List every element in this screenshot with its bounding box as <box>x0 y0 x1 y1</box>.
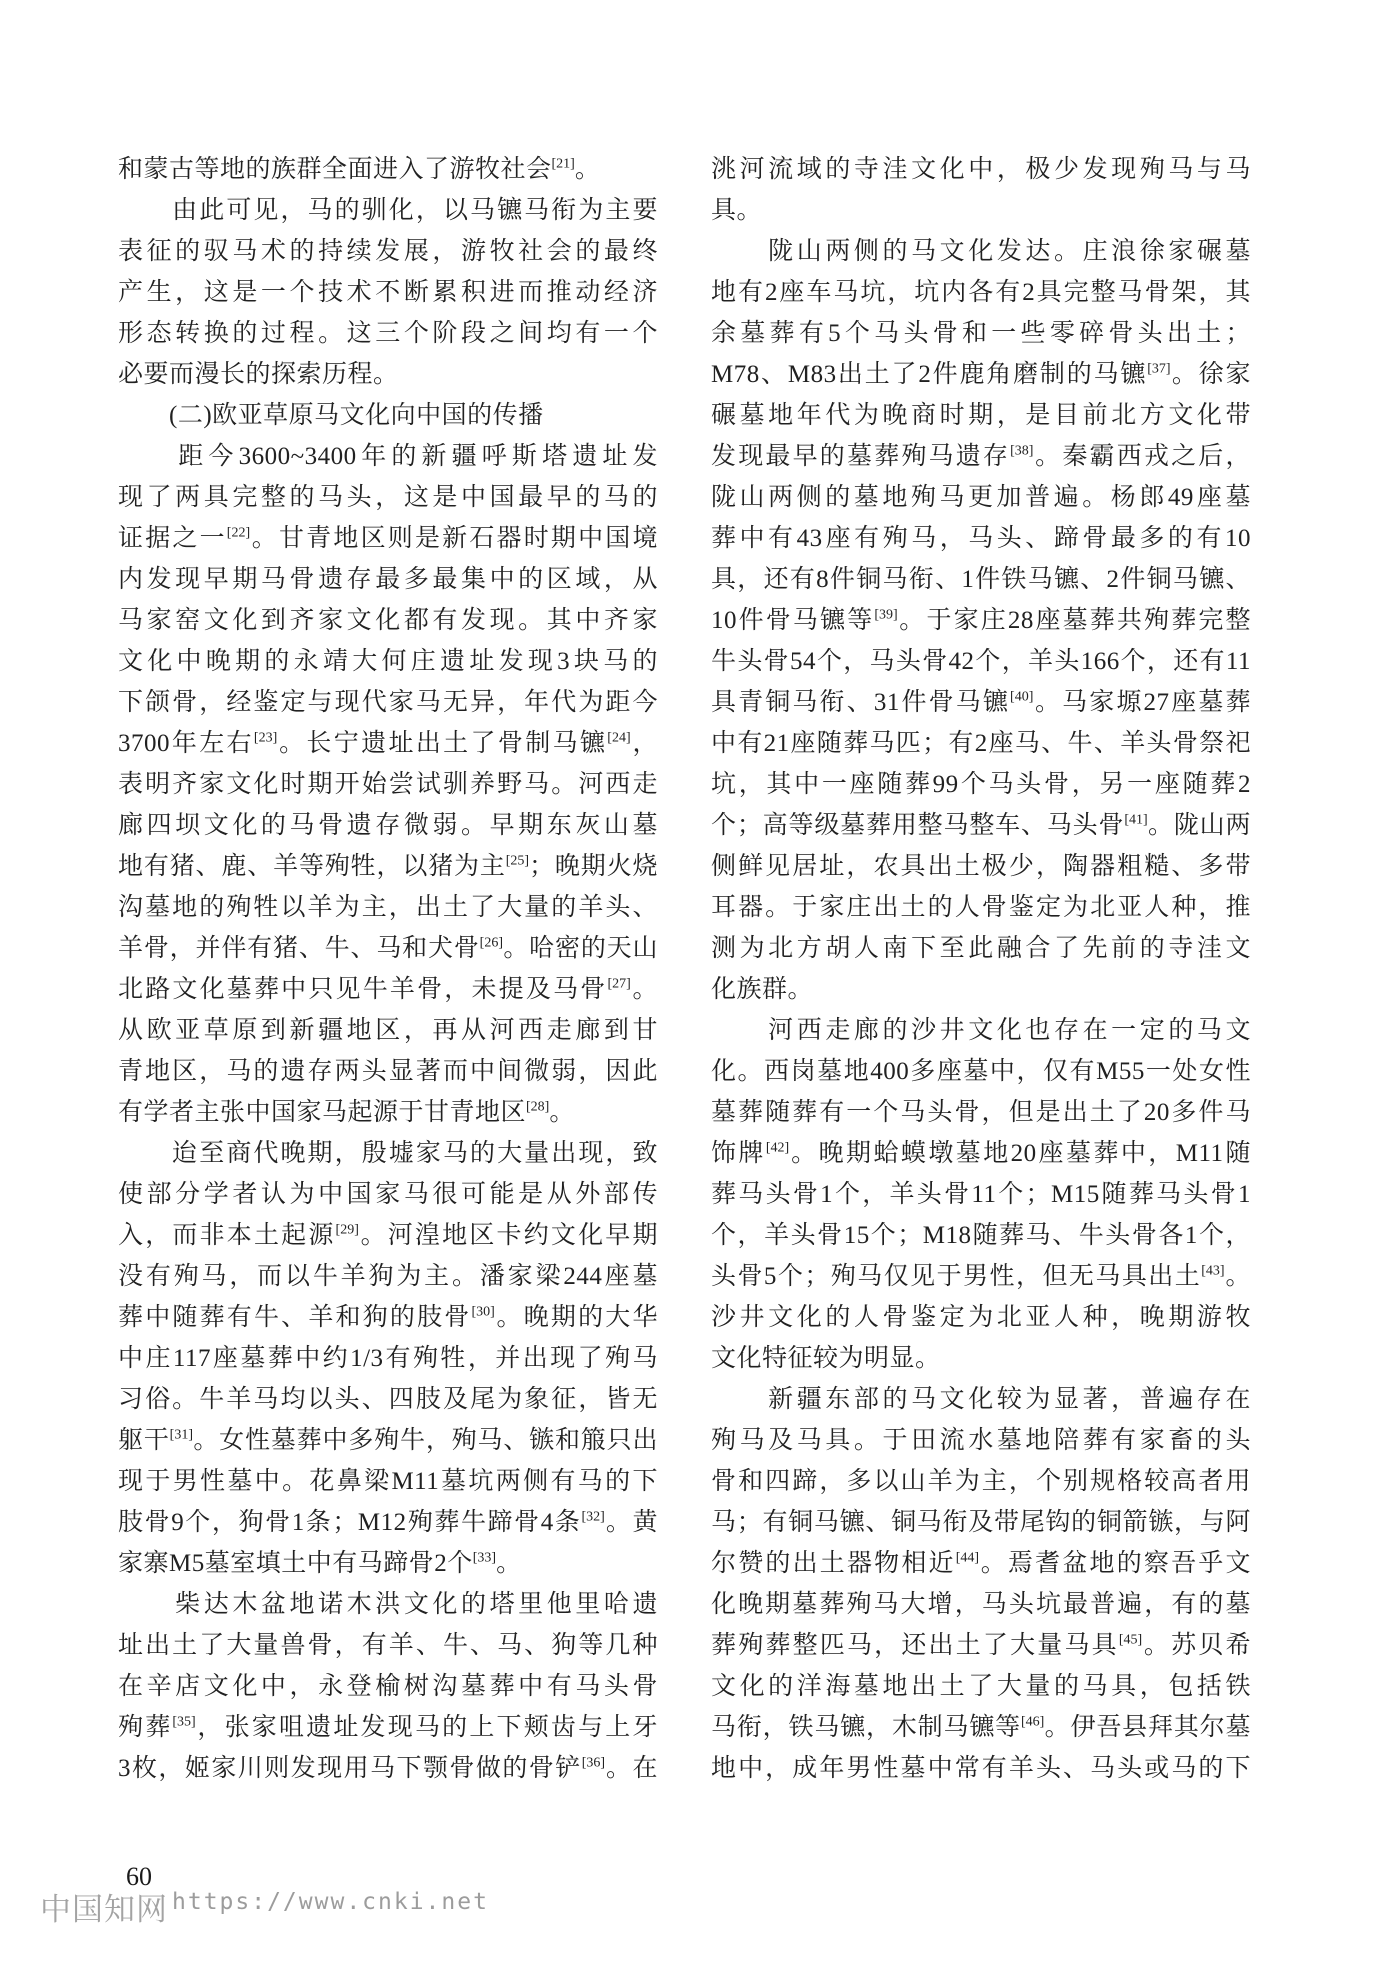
text-line: 羊骨，并伴有猪、牛、马和犬骨[26]。哈密的天山 <box>118 928 658 969</box>
text-line: 具青铜马衔、31件骨马镳[40]。马家塬27座墓葬 <box>711 682 1251 723</box>
text-line: 葬中有43座有殉马，马头、蹄骨最多的有10 <box>711 518 1251 559</box>
text-line: 廊四坝文化的马骨遗存微弱。早期东灰山墓 <box>118 805 658 846</box>
footnote-ref: [21] <box>552 157 575 172</box>
journal-page: 和蒙古等地的族群全面进入了游牧社会[21]。 由此可见，马的驯化，以马镳马衔为主… <box>0 0 1399 1965</box>
text-line: 内发现早期马骨遗存最多最集中的区域，从 <box>118 559 658 600</box>
text-line: 在辛店文化中，永登榆树沟墓葬中有马头骨 <box>118 1666 658 1707</box>
text-line: 葬中随葬有牛、羊和狗的肢骨[30]。晚期的大华 <box>118 1297 658 1338</box>
footnote-ref: [24] <box>607 731 630 746</box>
text-line: 测为北方胡人南下至此融合了先前的寺洼文 <box>711 928 1251 969</box>
text-line: 躯干[31]。女性墓葬中多殉牛，殉马、镞和箙只出 <box>118 1420 658 1461</box>
text-line: 个，羊头骨15个；M18随葬马、牛头骨各1个，羊 <box>711 1215 1251 1256</box>
footnote-ref: [36] <box>582 1756 605 1771</box>
text-line: 坑，其中一座随葬99个马头骨，另一座随葬2 <box>711 764 1251 805</box>
text-line: 北路文化墓葬中只见牛羊骨，未提及马骨[27]。 <box>118 969 658 1010</box>
text-line: 有学者主张中国家马起源于甘青地区[28]。 <box>118 1092 658 1133</box>
text-line: 具，还有8件铜马衔、1件铁马镳、2件铜马镳、 <box>711 559 1251 600</box>
text-line: 个；高等级墓葬用整马整车、马头骨[41]。陇山两 <box>711 805 1251 846</box>
footnote-ref: [38] <box>1010 444 1033 459</box>
footnote-ref: [26] <box>480 936 503 951</box>
text-line: 沙井文化的人骨鉴定为北亚人种，晚期游牧 <box>711 1297 1251 1338</box>
text-line: 证据之一[22]。甘青地区则是新石器时期中国境 <box>118 518 658 559</box>
text-line: 文化的洋海墓地出土了大量的马具，包括铁 <box>711 1666 1251 1707</box>
text-line: 现了两具完整的马头，这是中国最早的马的 <box>118 477 658 518</box>
footnote-ref: [22] <box>227 526 250 541</box>
text-line: M78、M83出土了2件鹿角磨制的马镳[37]。徐家 <box>711 354 1251 395</box>
footnote-ref: [30] <box>472 1305 495 1320</box>
footnote-ref: [40] <box>1010 690 1033 705</box>
text-line: (二)欧亚草原马文化向中国的传播 <box>118 395 658 436</box>
text-line: 马；有铜马镳、铜马衔及带尾钩的铜箭镞，与阿 <box>711 1502 1251 1543</box>
text-line: 沟墓地的殉牲以羊为主，出土了大量的羊头、 <box>118 887 658 928</box>
text-line: 从欧亚草原到新疆地区，再从河西走廊到甘 <box>118 1010 658 1051</box>
text-line: 距今3600~3400年的新疆呼斯塔遗址发 <box>118 436 658 477</box>
text-line: 产生，这是一个技术不断累积进而推动经济 <box>118 272 658 313</box>
text-line: 发现最早的墓葬殉马遗存[38]。秦霸西戎之后， <box>711 436 1251 477</box>
text-line: 表征的驭马术的持续发展，游牧社会的最终 <box>118 231 658 272</box>
text-line: 青地区，马的遗存两头显著而中间微弱，因此 <box>118 1051 658 1092</box>
text-line: 地中，成年男性墓中常有羊头、马头或马的下 <box>711 1748 1251 1789</box>
text-line: 由此可见，马的驯化，以马镳马衔为主要 <box>118 190 658 231</box>
text-line: 殉马及马具。于田流水墓地陪葬有家畜的头 <box>711 1420 1251 1461</box>
text-line: 文化中晚期的永靖大何庄遗址发现3块马的 <box>118 641 658 682</box>
footnote-ref: [25] <box>506 854 529 869</box>
text-line: 尔赞的出土器物相近[44]。焉耆盆地的察吾乎文 <box>711 1543 1251 1584</box>
text-line: 陇山两侧的马文化发达。庄浪徐家碾墓 <box>711 231 1251 272</box>
text-line: 使部分学者认为中国家马很可能是从外部传 <box>118 1174 658 1215</box>
text-line: 址出土了大量兽骨，有羊、牛、马、狗等几种[34]。 <box>118 1625 658 1666</box>
footnote-ref: [32] <box>581 1510 604 1525</box>
left-text-column: 和蒙古等地的族群全面进入了游牧社会[21]。 由此可见，马的驯化，以马镳马衔为主… <box>118 149 658 1789</box>
text-line: 殉葬[35]，张家咀遗址发现马的上下颊齿与上牙 <box>118 1707 658 1748</box>
text-line: 3700年左右[23]。长宁遗址出土了骨制马镳[24]， <box>118 723 658 764</box>
text-line: 洮河流域的寺洼文化中，极少发现殉马与马 <box>711 149 1251 190</box>
text-line: 肢骨9个，狗骨1条；M12殉葬牛蹄骨4条[32]。黄 <box>118 1502 658 1543</box>
text-line: 下颌骨，经鉴定与现代家马无异，年代为距今 <box>118 682 658 723</box>
cnki-watermark-logo: 中国知网 <box>40 1884 168 1929</box>
text-line: 地有猪、鹿、羊等殉牲，以猪为主[25]；晚期火烧 <box>118 846 658 887</box>
text-line: 习俗。牛羊马均以头、四肢及尾为象征，皆无 <box>118 1379 658 1420</box>
text-line: 马家窑文化到齐家文化都有发现。其中齐家 <box>118 600 658 641</box>
text-line: 文化特征较为明显。 <box>711 1338 1251 1379</box>
text-line: 头骨5个；殉马仅见于男性，但无马具出土[43]。 <box>711 1256 1251 1297</box>
footnote-ref: [37] <box>1147 362 1170 377</box>
footnote-ref: [44] <box>956 1551 979 1566</box>
footnote-ref: [31] <box>170 1428 193 1443</box>
text-line: 耳器。于家庄出土的人骨鉴定为北亚人种，推 <box>711 887 1251 928</box>
text-line: 家寨M5墓室填土中有马蹄骨2个[33]。 <box>118 1543 658 1584</box>
cnki-watermark-url: https://www.cnki.net <box>172 1889 489 1915</box>
text-line: 和蒙古等地的族群全面进入了游牧社会[21]。 <box>118 149 658 190</box>
text-line: 葬殉葬整匹马，还出土了大量马具[45]。苏贝希 <box>711 1625 1251 1666</box>
text-line: 骨和四蹄，多以山羊为主，个别规格较高者用 <box>711 1461 1251 1502</box>
text-line: 化。西岗墓地400多座墓中，仅有M55一处女性 <box>711 1051 1251 1092</box>
text-line: 墓葬随葬有一个马头骨，但是出土了20多件马 <box>711 1092 1251 1133</box>
footnote-ref: [43] <box>1201 1264 1224 1279</box>
text-line: 地有2座车马坑，坑内各有2具完整马骨架，其 <box>711 272 1251 313</box>
text-line: 葬马头骨1个，羊头骨11个；M15随葬马头骨1 <box>711 1174 1251 1215</box>
footnote-ref: [41] <box>1124 813 1147 828</box>
text-line: 入，而非本土起源[29]。河湟地区卡约文化早期 <box>118 1215 658 1256</box>
text-line: 饰牌[42]。晚期蛤蟆墩墓地20座墓葬中，M11随 <box>711 1133 1251 1174</box>
text-line: 迨至商代晚期，殷墟家马的大量出现，致 <box>118 1133 658 1174</box>
text-line: 化族群。 <box>711 969 1251 1010</box>
text-line: 现于男性墓中。花鼻梁M11墓坑两侧有马的下 <box>118 1461 658 1502</box>
footnote-ref: [45] <box>1119 1633 1142 1648</box>
text-line: 河西走廊的沙井文化也存在一定的马文 <box>711 1010 1251 1051</box>
footnote-ref: [39] <box>874 608 897 623</box>
text-line: 形态转换的过程。这三个阶段之间均有一个 <box>118 313 658 354</box>
footnote-ref: [29] <box>336 1223 359 1238</box>
footnote-ref: [23] <box>254 731 277 746</box>
text-line: 10件骨马镳等[39]。于家庄28座墓葬共殉葬完整 <box>711 600 1251 641</box>
footnote-ref: [46] <box>1021 1715 1044 1730</box>
text-line: 3枚，姬家川则发现用马下颚骨做的骨铲[36]。在 <box>118 1748 658 1789</box>
text-line: 化晚期墓葬殉马大增，马头坑最普遍，有的墓 <box>711 1584 1251 1625</box>
text-line: 碾墓地年代为晚商时期，是目前北方文化带 <box>711 395 1251 436</box>
footnote-ref: [35] <box>172 1715 195 1730</box>
text-line: 新疆东部的马文化较为显著，普遍存在 <box>711 1379 1251 1420</box>
text-line: 必要而漫长的探索历程。 <box>118 354 658 395</box>
footnote-ref: [27] <box>607 977 630 992</box>
text-line: 表明齐家文化时期开始尝试驯养野马。河西走 <box>118 764 658 805</box>
text-line: 具。 <box>711 190 1251 231</box>
right-text-column: 洮河流域的寺洼文化中，极少发现殉马与马具。 陇山两侧的马文化发达。庄浪徐家碾墓地… <box>711 149 1251 1789</box>
text-line: 没有殉马，而以牛羊狗为主。潘家梁244座墓 <box>118 1256 658 1297</box>
text-line: 中有21座随葬马匹；有2座马、牛、羊头骨祭祀 <box>711 723 1251 764</box>
text-line: 马衔，铁马镳，木制马镳等[46]。伊吾县拜其尔墓 <box>711 1707 1251 1748</box>
text-line: 侧鲜见居址，农具出土极少，陶器粗糙、多带 <box>711 846 1251 887</box>
text-line: 余墓葬有5个马头骨和一些零碎骨头出土； <box>711 313 1251 354</box>
text-line: 陇山两侧的墓地殉马更加普遍。杨郎49座墓 <box>711 477 1251 518</box>
text-line: 牛头骨54个，马头骨42个，羊头166个，还有11 <box>711 641 1251 682</box>
footnote-ref: [33] <box>473 1551 496 1566</box>
text-line: 柴达木盆地诺木洪文化的塔里他里哈遗 <box>118 1584 658 1625</box>
text-line: 中庄117座墓葬中约1/3有殉牲，并出现了殉马 <box>118 1338 658 1379</box>
footnote-ref: [28] <box>526 1100 549 1115</box>
footnote-ref: [42] <box>766 1141 789 1156</box>
